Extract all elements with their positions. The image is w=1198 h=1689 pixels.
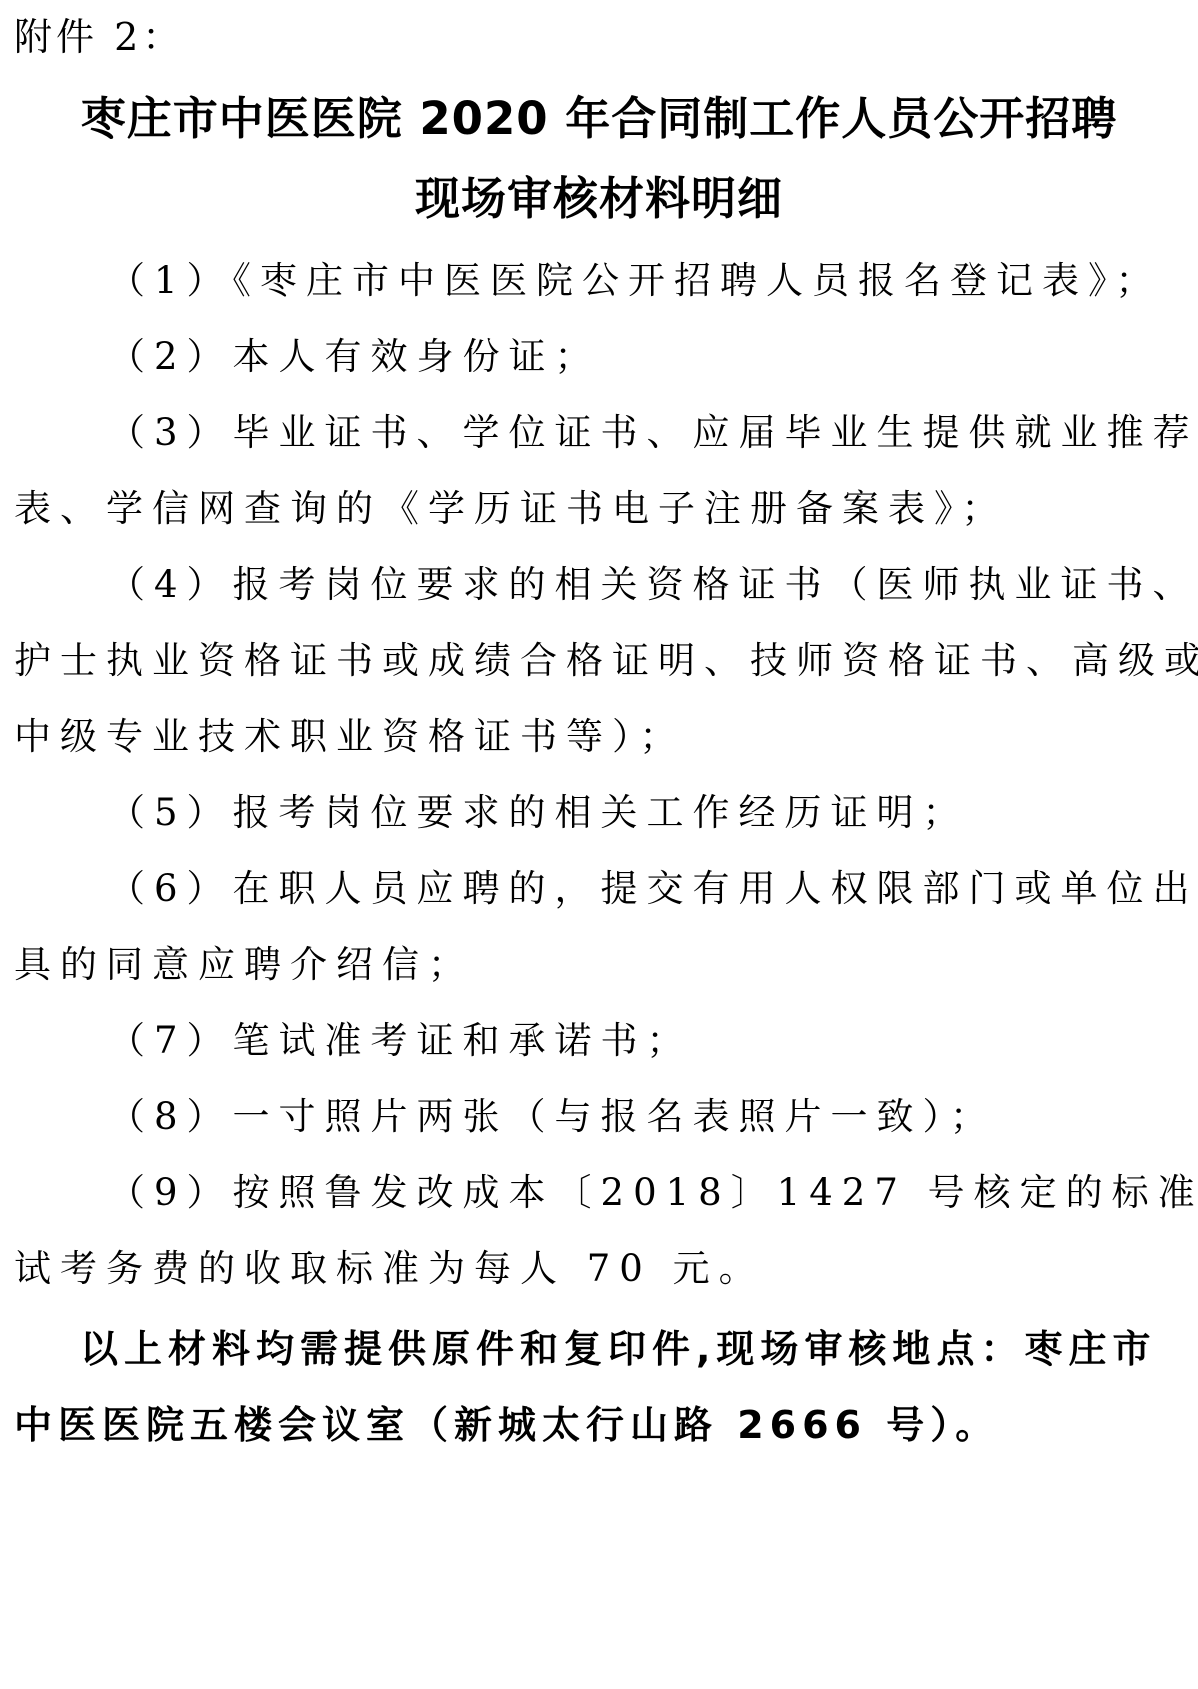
item-2: （2）本人有效身份证；	[108, 326, 601, 380]
item-1: （1）《枣庄市中医医院公开招聘人员报名登记表》；	[108, 250, 1162, 304]
item-6-line-1: （6）在职人员应聘的，提交有用人权限部门或单位出	[108, 858, 1198, 912]
item-3-line-2: 表、学信网查询的《学历证书电子注册备案表》；	[14, 478, 1008, 532]
item-3-line-1: （3）毕业证书、学位证书、应届毕业生提供就业推荐	[108, 402, 1198, 456]
attachment-label: 附件 2：	[14, 6, 184, 61]
item-7: （7）笔试准考证和承诺书；	[108, 1010, 693, 1064]
item-8: （8）一寸照片两张（与报名表照片一致）；	[108, 1086, 996, 1140]
note-line-2: 中医医院五楼会议室（新城太行山路 2666 号）。	[14, 1394, 999, 1449]
item-4-line-1: （4）报考岗位要求的相关资格证书（医师执业证书、	[108, 554, 1198, 608]
note-line-1: 以上材料均需提供原件和复印件,现场审核地点：枣庄市	[80, 1318, 1156, 1373]
item-4-line-3: 中级专业技术职业资格证书等）；	[14, 706, 686, 760]
document-title-line-1: 枣庄市中医医院 2020 年合同制工作人员公开招聘	[0, 82, 1198, 147]
document-title-line-2: 现场审核材料明细	[0, 162, 1198, 227]
item-9-line-2: 试考务费的收取标准为每人 70 元。	[14, 1238, 765, 1292]
item-6-line-2: 具的同意应聘介绍信；	[14, 934, 474, 988]
item-4-line-2: 护士执业资格证书或成绩合格证明、技师资格证书、高级或	[14, 630, 1198, 684]
item-5: （5）报考岗位要求的相关工作经历证明；	[108, 782, 969, 836]
item-9-line-1: （9）按照鲁发改成本〔2018〕1427 号核定的标准，面	[108, 1162, 1198, 1216]
